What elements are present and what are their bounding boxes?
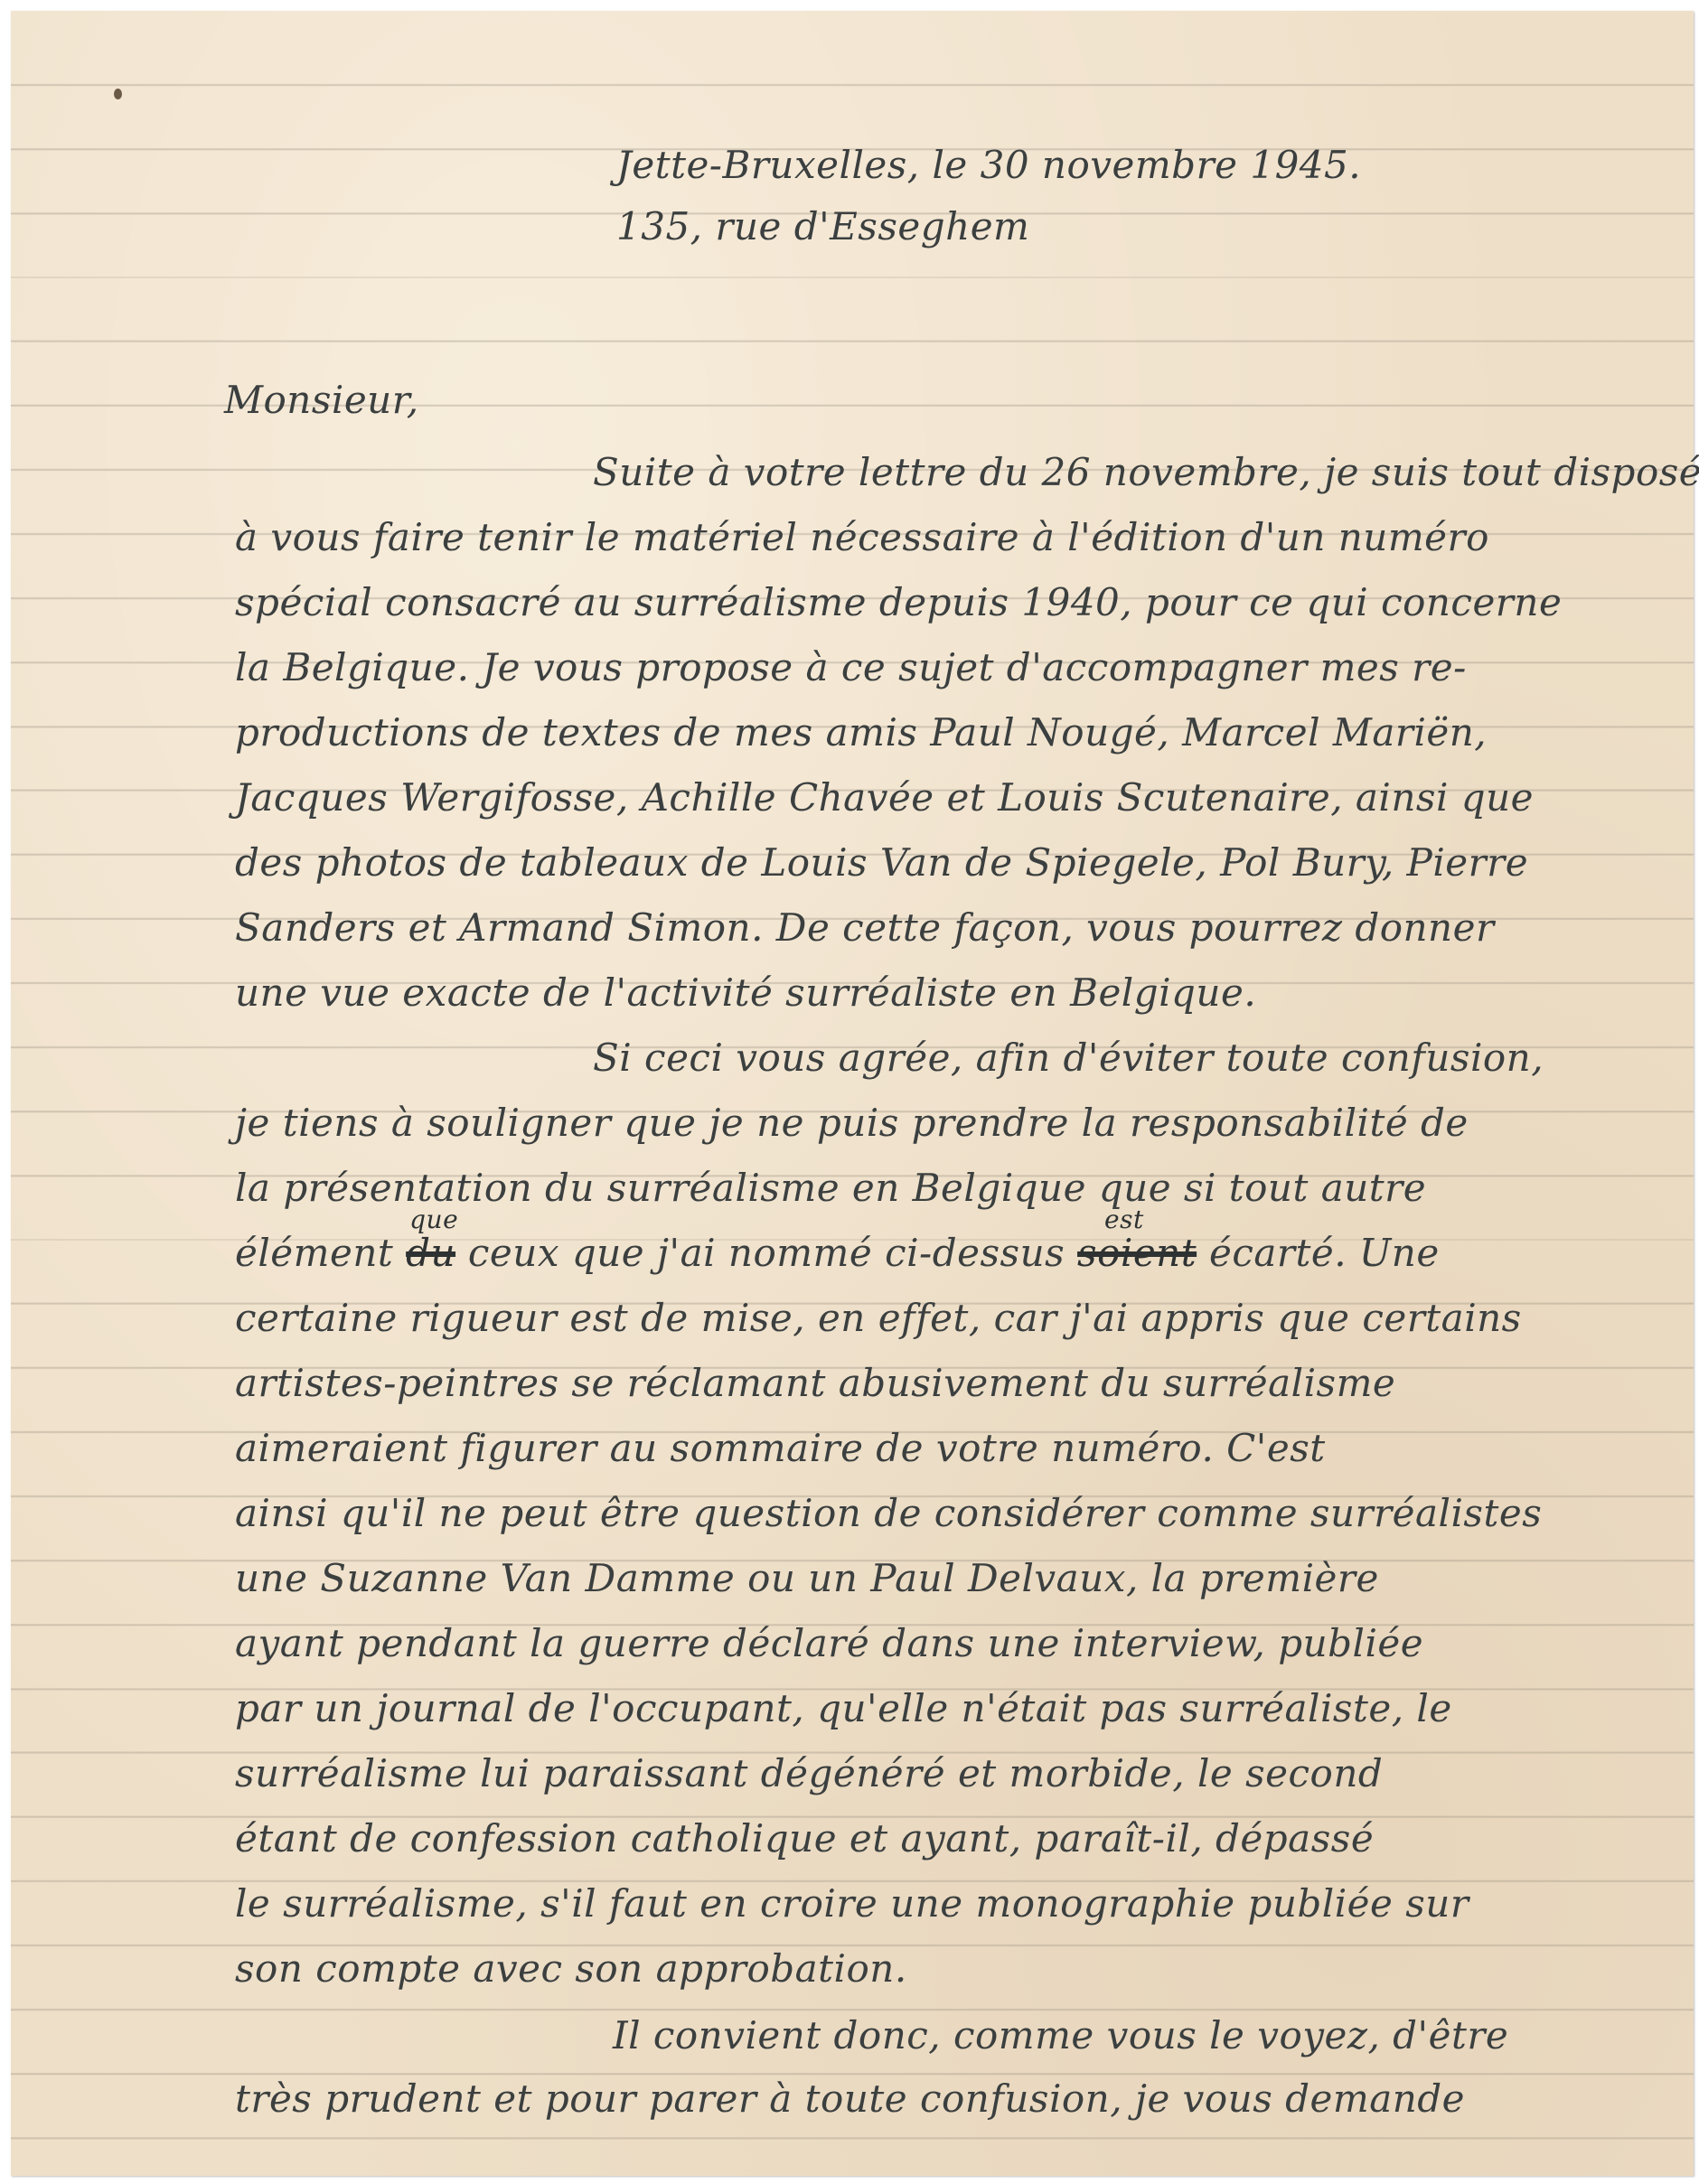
struck-text: du — [406, 1231, 455, 1275]
letter-line: aimeraient figurer au sommaire de votre … — [235, 1429, 1326, 1467]
letter-line: le surréalisme, s'il faut en croire une … — [235, 1885, 1469, 1923]
letter-line: je tiens à souligner que je ne puis pren… — [235, 1104, 1469, 1142]
letter-line: la présentation du surréalisme en Belgiq… — [235, 1169, 1426, 1207]
letter-line: artistes-peintres se réclamant abusiveme… — [235, 1364, 1395, 1402]
inserted-word: est — [1104, 1207, 1144, 1233]
letter-line: ayant pendant la guerre déclaré dans une… — [235, 1625, 1423, 1663]
letter-line: des photos de tableaux de Louis Van de S… — [235, 844, 1528, 882]
letter-line: une Suzanne Van Damme ou un Paul Delvaux… — [235, 1560, 1379, 1598]
letter-address: 135, rue d'Esseghem — [616, 208, 1029, 246]
inserted-word: que — [409, 1207, 458, 1233]
text-segment: élément — [235, 1231, 406, 1275]
letter-line: ainsi qu'il ne peut être question de con… — [235, 1495, 1542, 1533]
letter-line: son compte avec son approbation. — [235, 1950, 907, 1988]
letter-line: étant de confession catholique et ayant,… — [235, 1820, 1374, 1858]
letter-line: à vous faire tenir le matériel nécessair… — [235, 519, 1489, 557]
letter-line: la Belgique. Je vous propose à ce sujet … — [235, 649, 1467, 687]
letter-page: Jette-Bruxelles, le 30 novembre 1945. 13… — [11, 11, 1694, 2176]
letter-line: Jacques Wergifosse, Achille Chavée et Lo… — [235, 779, 1534, 817]
letter-line: très prudent et pour parer à toute confu… — [235, 2080, 1465, 2118]
letter-line: Si ceci vous agrée, afin d'éviter toute … — [593, 1039, 1544, 1077]
letter-line: une vue exacte de l'activité surréaliste… — [235, 974, 1256, 1012]
letter-line: productions de textes de mes amis Paul N… — [235, 714, 1487, 752]
letter-line: certaine rigueur est de mise, en effet, … — [235, 1299, 1522, 1337]
letter-line: surréalisme lui paraissant dégénéré et m… — [235, 1755, 1383, 1793]
text-segment: ceux que j'ai nommé ci-dessus — [455, 1231, 1077, 1275]
struck-word: duque — [406, 1231, 455, 1275]
letter-salutation: Monsieur, — [224, 381, 419, 419]
struck-text: soient — [1077, 1231, 1197, 1275]
letter-line: Il convient donc, comme vous le voyez, d… — [613, 2017, 1508, 2055]
letter-place-date: Jette-Bruxelles, le 30 novembre 1945. — [616, 146, 1361, 184]
letter-line: spécial consacré au surréalisme depuis 1… — [235, 584, 1562, 622]
ink-spot — [114, 89, 122, 99]
letter-line: Suite à votre lettre du 26 novembre, je … — [593, 454, 1699, 492]
struck-word: soientest — [1077, 1231, 1197, 1275]
text-segment: écarté. Une — [1197, 1231, 1440, 1275]
letter-line: Sanders et Armand Simon. De cette façon,… — [235, 909, 1495, 947]
letter-line-with-corrections: élément duque ceux que j'ai nommé ci-des… — [235, 1234, 1440, 1272]
letter-line: par un journal de l'occupant, qu'elle n'… — [235, 1690, 1452, 1728]
